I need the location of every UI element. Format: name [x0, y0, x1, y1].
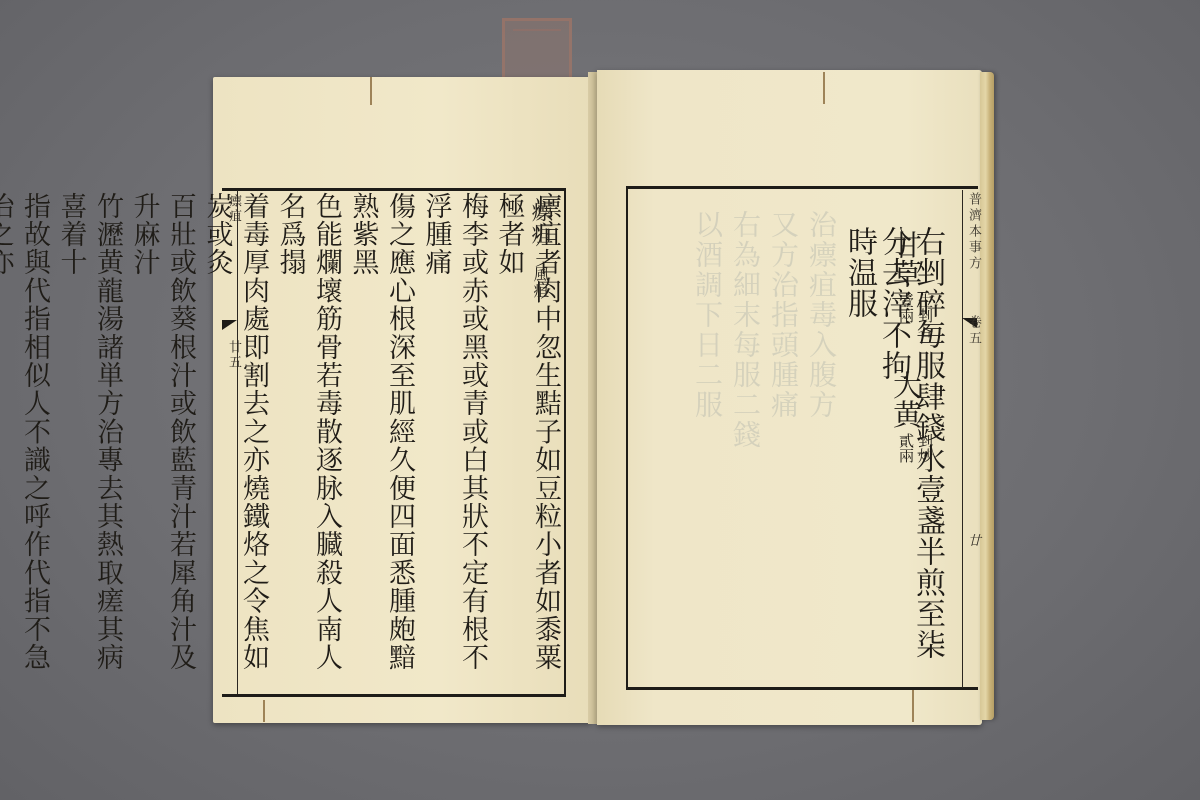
hashira-title: 普濟本事方	[966, 192, 981, 272]
page-fore-edge	[980, 72, 994, 720]
text-column: 百壯或飲葵根汁或飲藍青汁若犀角汁及升麻汁	[125, 192, 198, 692]
text-column: 着毒厚肉處即割去之亦燒鐵烙之令焦如炭或灸	[198, 192, 271, 692]
paper-tear	[823, 72, 825, 104]
paper-tear	[263, 700, 265, 722]
text-column: 指故與代指相似人不識之呼作代指不急治之亦	[0, 192, 52, 692]
text-column: 時温服	[842, 226, 876, 686]
hashira-rule	[962, 190, 963, 688]
heading-title: 瘭疽	[528, 200, 553, 244]
open-book: 治瘭疽毒入腹方 又方治指頭腫痛 右為細末每服二錢 以酒調下日二服 瘭疽 廿五 瘭…	[0, 0, 1200, 800]
hashira-section: 卷五	[964, 315, 983, 347]
text-column: 右剉碎毎服肆錢水壹盞半煎至柒分去滓不拘	[876, 226, 944, 686]
heading-subtitle: 風疽	[531, 266, 550, 298]
hashira-book-title: 普濟本事方 卷五	[964, 192, 983, 347]
paper-tear	[370, 77, 372, 105]
text-column: 傷之應心根深至肌經久便四面悉腫皰黯熟紫黑	[344, 192, 417, 692]
text-column: 色能爛壞筋骨若毒散逐脉入臓殺人南人名爲搨	[271, 192, 344, 692]
left-body-text: 瘭疽者肉中忽生黠子如豆粒小者如黍粟極者如 梅李或赤或黑或青或白其狀不定有根不浮腫…	[241, 192, 563, 692]
paper-tear	[912, 690, 914, 722]
section-heading: 瘭疽風疽	[523, 200, 557, 298]
text-column: 竹瀝黄龍湯諸単方治專去其熱取瘥其病喜着十	[52, 192, 125, 692]
right-body-text: 右剉碎毎服肆錢水壹盞半煎至柒分去滓不拘 時温服	[858, 226, 944, 686]
text-column: 梅李或赤或黑或青或白其狀不定有根不浮腫痛	[417, 192, 490, 692]
page-number: 廿	[968, 530, 981, 549]
